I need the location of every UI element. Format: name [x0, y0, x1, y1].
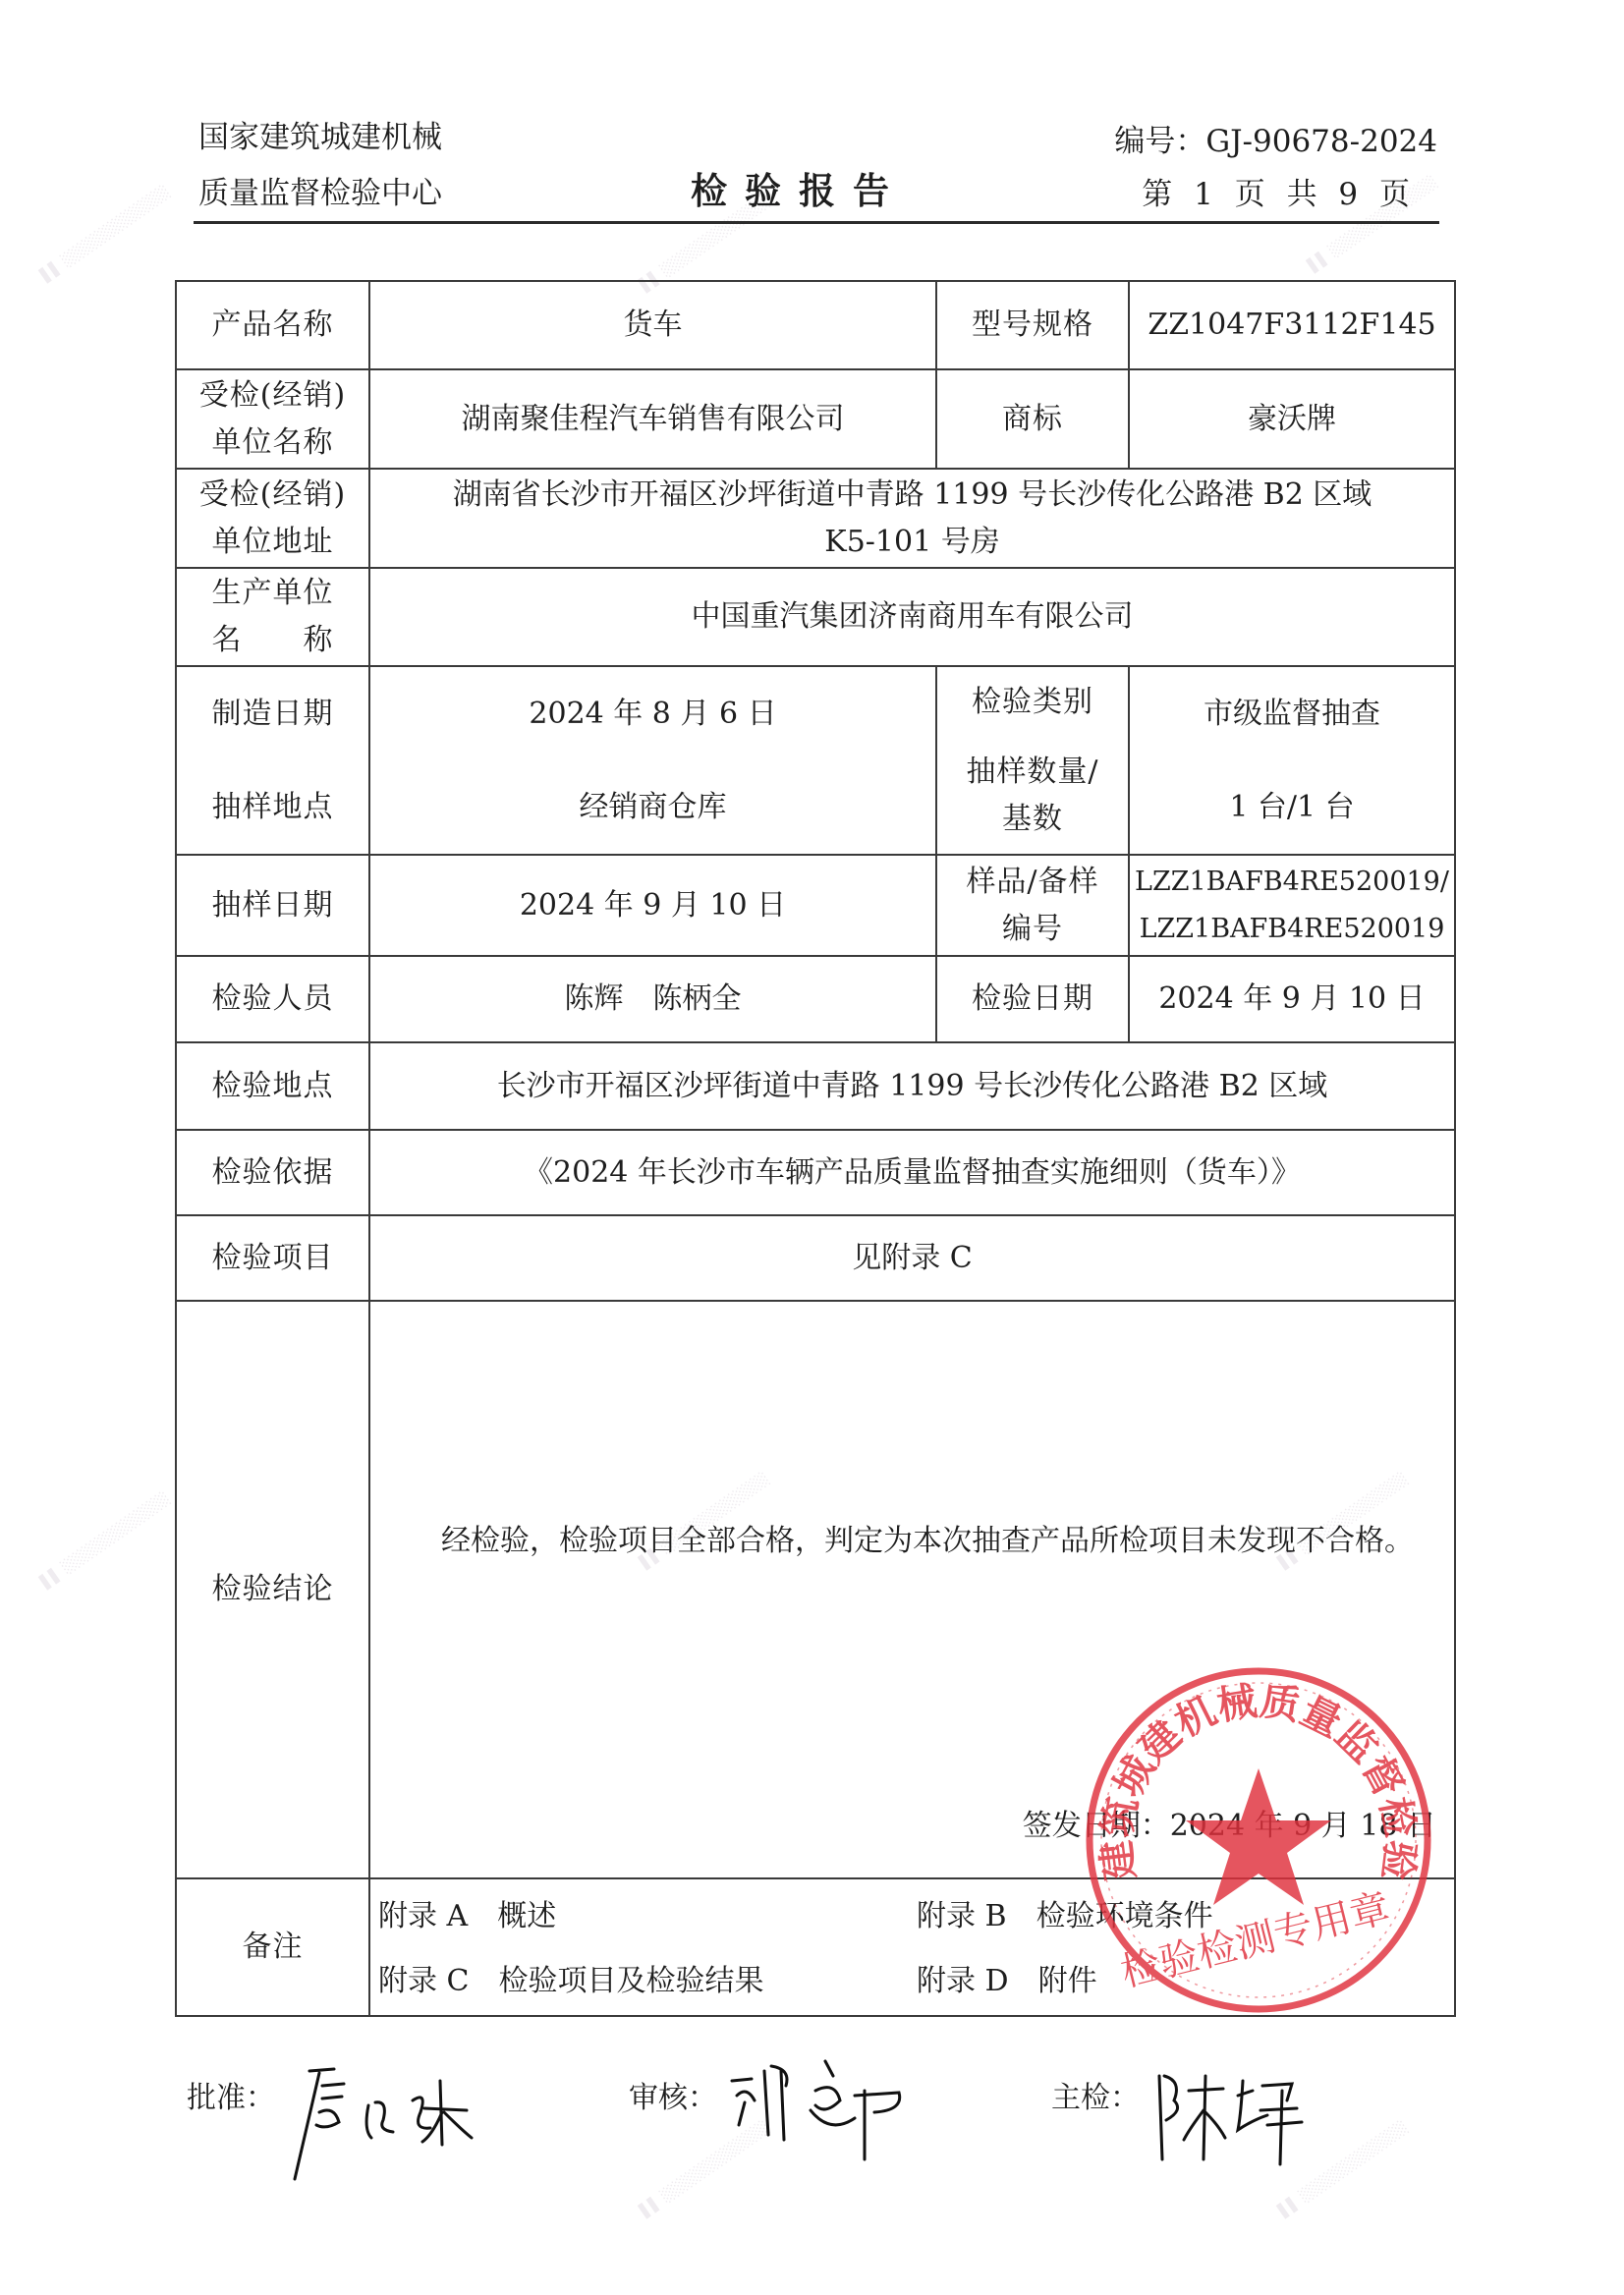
- dealer-address-value: 湖南省长沙市开福区沙坪街道中青路 1199 号长沙传化公路港 B2 区域 K5-…: [369, 469, 1455, 568]
- note-key: 附录 B: [917, 1899, 1007, 1933]
- dealer-name-label: 受检(经销) 单位名称: [176, 369, 369, 469]
- signature-row: 批准： 审核： 主检：: [187, 2061, 1366, 2189]
- note-value: 检验项目及检验结果: [499, 1964, 764, 1998]
- label-line: 生产单位: [185, 570, 361, 617]
- note-value: 检验环境条件: [1036, 1899, 1213, 1933]
- manufacturer-label: 生产单位 名 称: [176, 568, 369, 666]
- inspection-place-label: 检验地点: [176, 1042, 369, 1130]
- watermark: ▌▌ ░░░░░░░░░░░░: [38, 1490, 172, 1591]
- note-item: 附录 D附件: [917, 1958, 1097, 2005]
- inspection-type-value: 市级监督抽查: [1130, 691, 1454, 738]
- sample-no-label: 样品/备样 编号: [936, 855, 1129, 956]
- table-row: 抽样日期 2024 年 9 月 10 日 样品/备样 编号 LZZ1BAFB4R…: [176, 855, 1455, 956]
- page-info: 第 1 页 共 9 页: [1142, 175, 1416, 214]
- table-row: 检验项目 见附录 C: [176, 1215, 1455, 1301]
- note-value: 概述: [497, 1899, 556, 1933]
- org-name-line1: 国家建筑城建机械: [198, 118, 442, 157]
- reviewer-signature-icon: [717, 2042, 953, 2169]
- table-row: 检验依据 《2024 年长沙市车辆产品质量监督抽查实施细则（货车）》: [176, 1130, 1455, 1215]
- inspection-date-label: 检验日期: [936, 956, 1129, 1042]
- sample-no-value: LZZ1BAFB4RE520019/ LZZ1BAFB4RE520019: [1129, 855, 1455, 956]
- label-line: 基数: [937, 796, 1128, 843]
- address-line: K5-101 号房: [378, 519, 1446, 566]
- sample-no-line: LZZ1BAFB4RE520019/: [1132, 859, 1452, 906]
- table-row: 备注 附录 A概述 附录 B检验环境条件 附录 C检验项目及检验结果 附录 D附…: [176, 1878, 1455, 2016]
- inspectors-label: 检验人员: [176, 956, 369, 1042]
- table-row: 产品名称 货车 型号规格 ZZ1047F3112F145: [176, 281, 1455, 369]
- date-place-labels: 制造日期 抽样地点: [176, 666, 369, 855]
- note-item: 附录 C检验项目及检验结果: [378, 1958, 764, 2005]
- manufacturer-value: 中国重汽集团济南商用车有限公司: [369, 568, 1455, 666]
- sampling-date-label: 抽样日期: [176, 855, 369, 956]
- label-line: 抽样数量/: [937, 749, 1128, 796]
- inspection-items-value: 见附录 C: [369, 1215, 1455, 1301]
- notes-label: 备注: [176, 1878, 369, 2016]
- label-line: 受检(经销): [185, 372, 361, 420]
- conclusion-label: 检验结论: [176, 1301, 369, 1878]
- type-qty-labels: 检验类别 抽样数量/ 基数: [936, 666, 1129, 855]
- mfg-date-label: 制造日期: [177, 691, 368, 738]
- sampling-place-label: 抽样地点: [177, 784, 368, 831]
- address-line: 湖南省长沙市开福区沙坪街道中青路 1199 号长沙传化公路港 B2 区域: [378, 472, 1446, 519]
- report-number: 编号：GJ-90678-2024: [1114, 122, 1437, 161]
- table-row: 受检(经销) 单位名称 湖南聚佳程汽车销售有限公司 商标 豪沃牌: [176, 369, 1455, 469]
- label-line: 名 称: [185, 617, 361, 664]
- table-row: 受检(经销) 单位地址 湖南省长沙市开福区沙坪街道中青路 1199 号长沙传化公…: [176, 469, 1455, 568]
- table-row: 制造日期 抽样地点 2024 年 8 月 6 日 经销商仓库 检验类别 抽样数量…: [176, 666, 1455, 855]
- note-key: 附录 D: [917, 1964, 1009, 1998]
- note-item: 附录 A概述: [378, 1893, 556, 1940]
- brand-label: 商标: [936, 369, 1129, 469]
- mfg-date-value: 2024 年 8 月 6 日: [370, 691, 935, 738]
- inspection-type-label: 检验类别: [937, 679, 1128, 726]
- type-qty-values: 市级监督抽查 1 台/1 台: [1129, 666, 1455, 855]
- table-row: 检验结论 经检验，检验项目全部合格，判定为本次抽查产品所检项目未发现不合格。 签…: [176, 1301, 1455, 1878]
- label-line: 受检(经销): [185, 472, 361, 519]
- watermark: ▌▌ ░░░░░░░░░░░░: [38, 184, 172, 284]
- note-key: 附录 A: [378, 1899, 468, 1933]
- conclusion-text: 经检验，检验项目全部合格，判定为本次抽查产品所检项目未发现不合格。: [380, 1518, 1434, 1565]
- label-line: 单位地址: [185, 519, 361, 566]
- model-value: ZZ1047F3112F145: [1129, 281, 1455, 369]
- approver-signature-icon: [265, 2051, 540, 2189]
- page-title: 检验报告: [691, 171, 907, 210]
- product-name-label: 产品名称: [176, 281, 369, 369]
- sample-qty-value: 1 台/1 台: [1130, 784, 1454, 831]
- inspection-items-label: 检验项目: [176, 1215, 369, 1301]
- inspection-basis-label: 检验依据: [176, 1130, 369, 1215]
- inspector-signature-icon: [1145, 2051, 1361, 2179]
- note-value: 附件: [1038, 1964, 1097, 1998]
- note-item: 附录 B检验环境条件: [917, 1893, 1213, 1940]
- label-line: 样品/备样: [945, 859, 1120, 906]
- dealer-address-label: 受检(经销) 单位地址: [176, 469, 369, 568]
- label-line: 单位名称: [185, 420, 361, 467]
- table-row: 生产单位 名 称 中国重汽集团济南商用车有限公司: [176, 568, 1455, 666]
- conclusion-cell: 经检验，检验项目全部合格，判定为本次抽查产品所检项目未发现不合格。 签发日期：2…: [369, 1301, 1455, 1878]
- dealer-name-value: 湖南聚佳程汽车销售有限公司: [369, 369, 936, 469]
- sample-qty-label: 抽样数量/ 基数: [937, 749, 1128, 843]
- main-inspector-label: 主检：: [1051, 2073, 1140, 2116]
- table-row: 检验人员 陈辉 陈柄全 检验日期 2024 年 9 月 10 日: [176, 956, 1455, 1042]
- note-key: 附录 C: [378, 1964, 470, 1998]
- product-name-value: 货车: [369, 281, 936, 369]
- report-table: 产品名称 货车 型号规格 ZZ1047F3112F145 受检(经销) 单位名称…: [175, 280, 1456, 2017]
- label-line: 编号: [945, 906, 1120, 953]
- sampling-place-value: 经销商仓库: [370, 784, 935, 831]
- inspection-date-value: 2024 年 9 月 10 日: [1129, 956, 1455, 1042]
- approve-label: 批准：: [187, 2073, 275, 2116]
- review-label: 审核：: [629, 2073, 717, 2116]
- inspectors-value: 陈辉 陈柄全: [369, 956, 936, 1042]
- header-divider: [194, 221, 1439, 224]
- model-label: 型号规格: [936, 281, 1129, 369]
- issue-date: 签发日期：2024 年 9 月 18 日: [1023, 1803, 1436, 1850]
- sample-no-line: LZZ1BAFB4RE520019: [1132, 906, 1452, 953]
- date-place-values: 2024 年 8 月 6 日 经销商仓库: [369, 666, 936, 855]
- inspection-basis-value: 《2024 年长沙市车辆产品质量监督抽查实施细则（货车）》: [369, 1130, 1455, 1215]
- brand-value: 豪沃牌: [1129, 369, 1455, 469]
- table-row: 检验地点 长沙市开福区沙坪街道中青路 1199 号长沙传化公路港 B2 区域: [176, 1042, 1455, 1130]
- notes-cell: 附录 A概述 附录 B检验环境条件 附录 C检验项目及检验结果 附录 D附件: [369, 1878, 1455, 2016]
- sampling-date-value: 2024 年 9 月 10 日: [369, 855, 936, 956]
- org-name-line2: 质量监督检验中心: [198, 174, 442, 213]
- inspection-place-value: 长沙市开福区沙坪街道中青路 1199 号长沙传化公路港 B2 区域: [369, 1042, 1455, 1130]
